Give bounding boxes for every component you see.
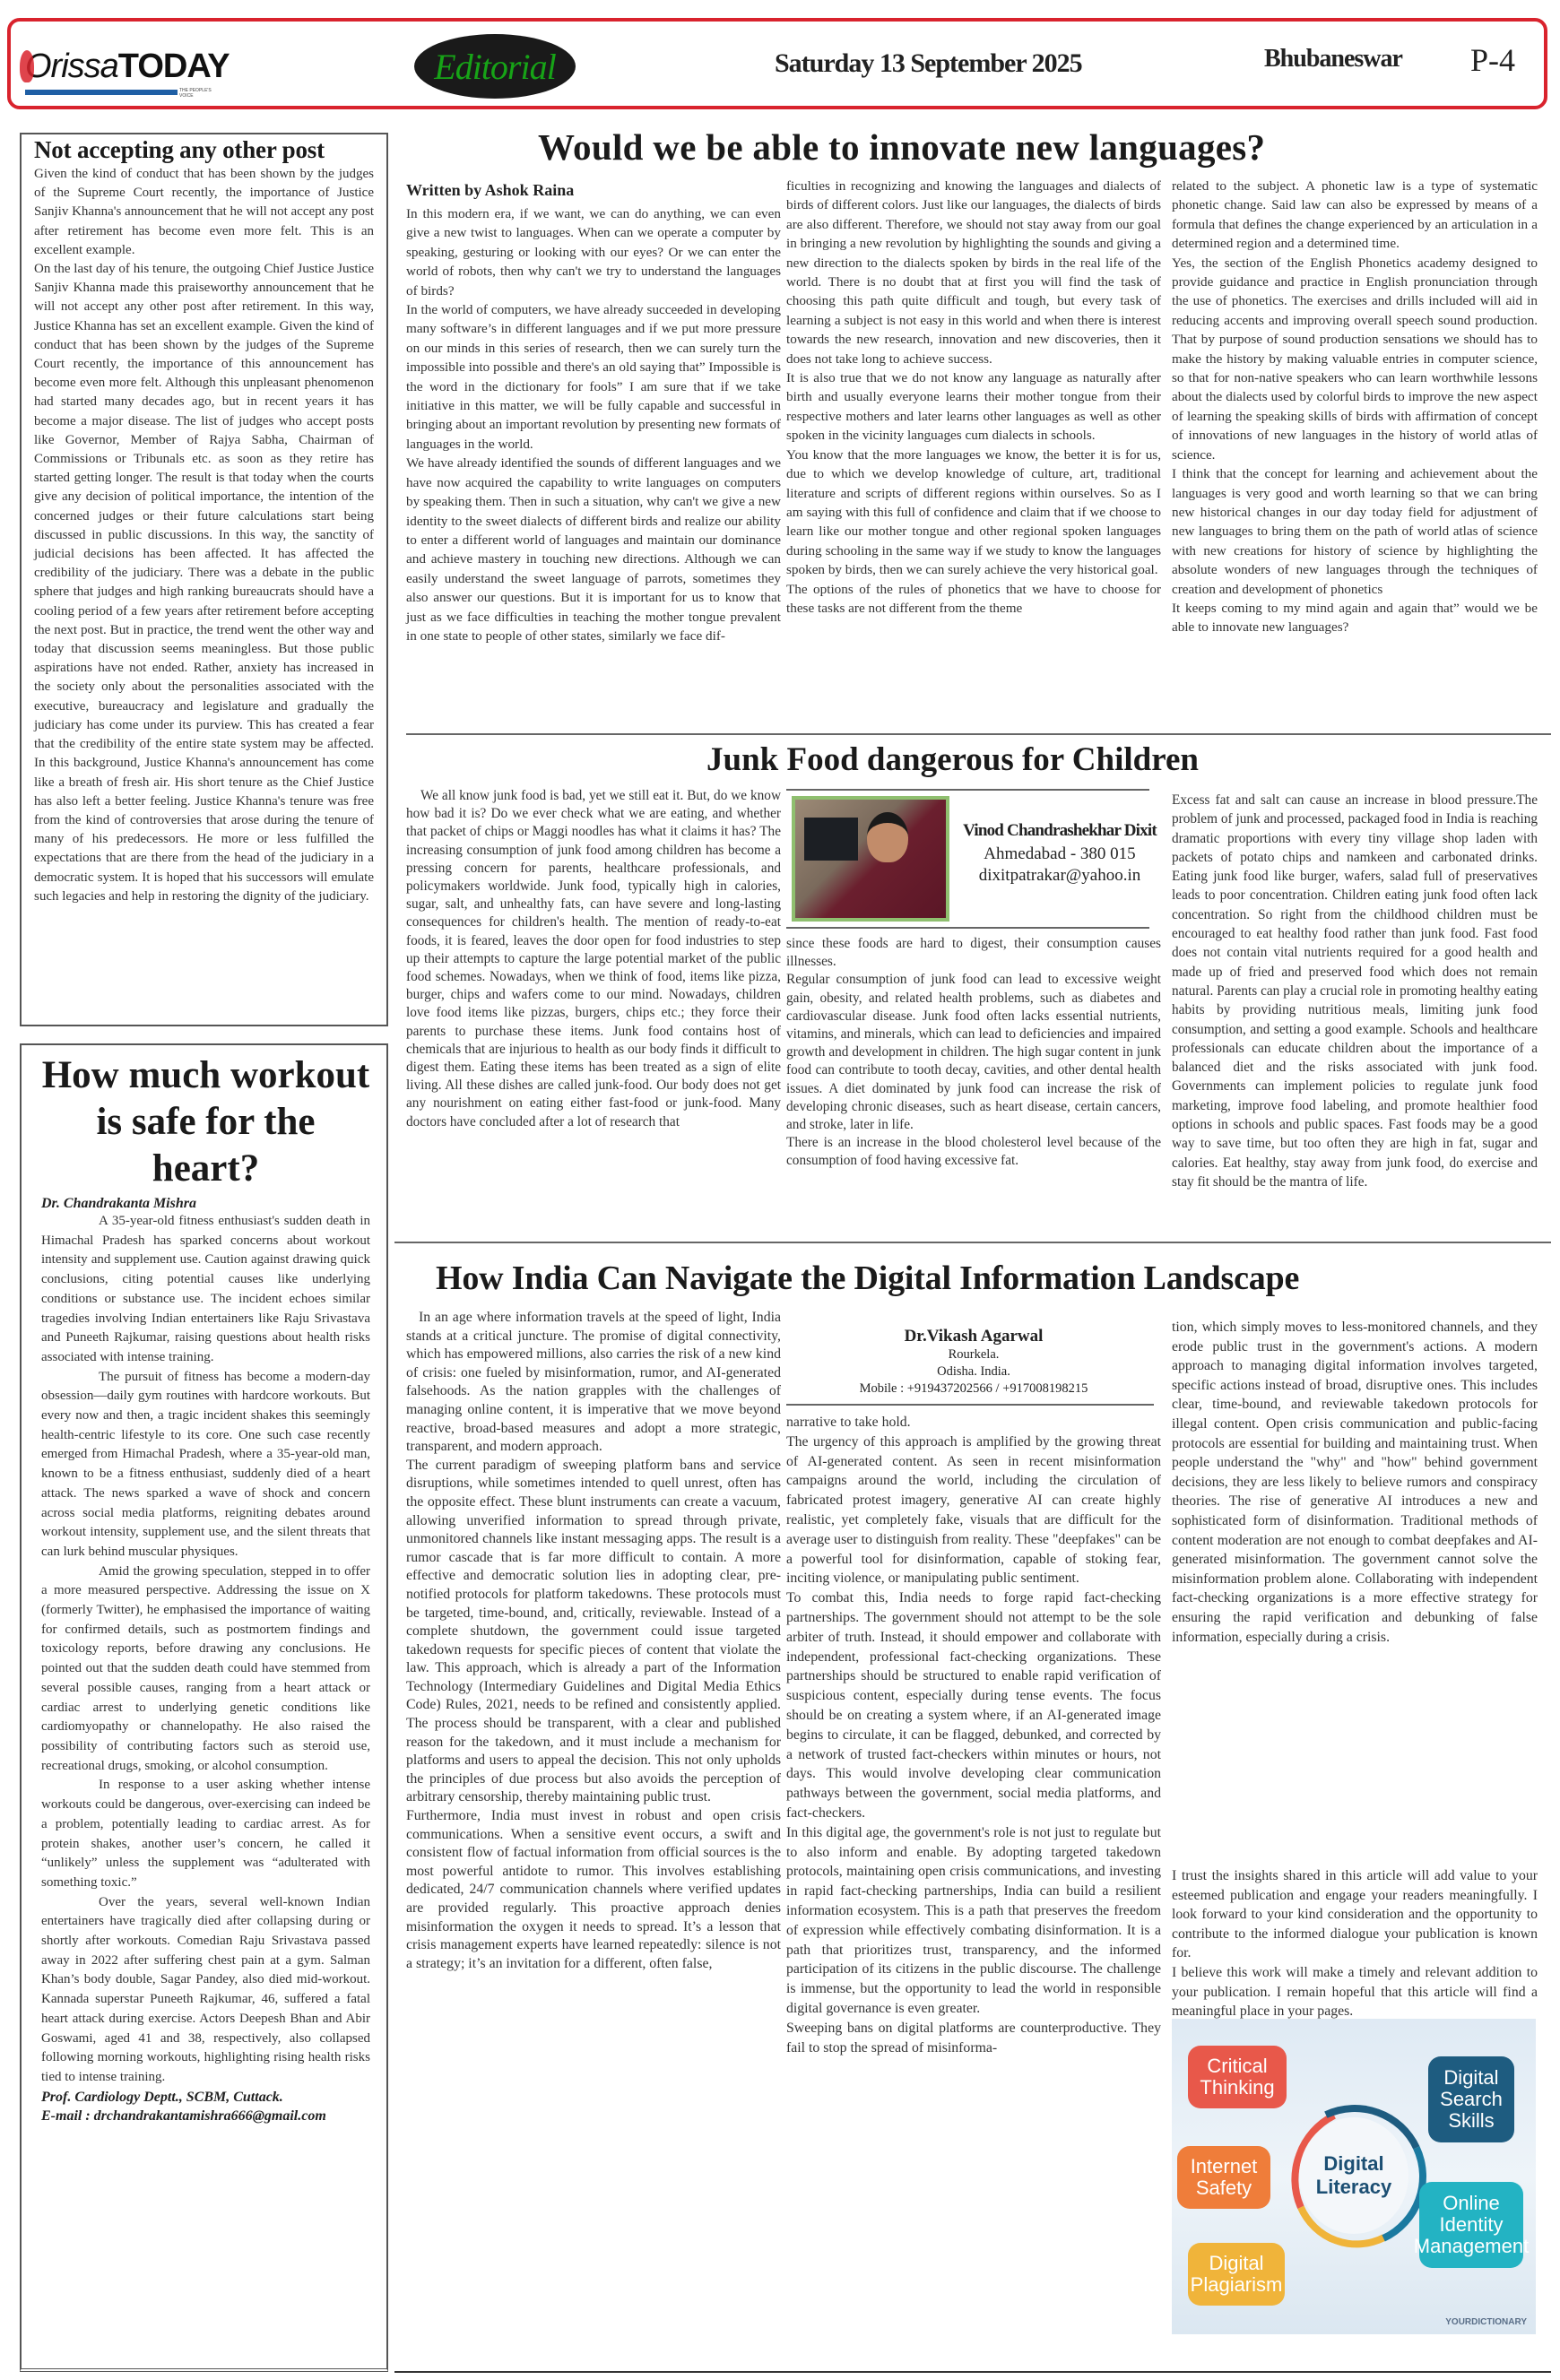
author-email[interactable]: E-mail : drchandrakantamishra666@gmail.c… xyxy=(41,2107,370,2125)
infographic-critical-thinking: Critical Thinking xyxy=(1188,2046,1287,2108)
paragraph: Regular consumption of junk food can lea… xyxy=(786,971,1161,1134)
paragraph: The urgency of this approach is amplifie… xyxy=(786,1432,1161,1588)
paragraph: In this modern era, if we want, we can d… xyxy=(406,204,781,300)
paragraph: I think that the concept for learning an… xyxy=(1172,464,1538,599)
paragraph: In response to a user asking whether int… xyxy=(41,1776,370,1892)
section-badge-label: Editorial xyxy=(434,46,555,88)
author-city: Ahmedabad - 380 015 xyxy=(961,844,1158,864)
paragraph: Furthermore, India must invest in robust… xyxy=(406,1807,781,1973)
paragraph: It is also true that we do not know any … xyxy=(786,368,1161,446)
masthead: OrissaTODAY THE PEOPLE'S VOICE Editorial… xyxy=(7,18,1547,109)
section-divider xyxy=(394,1242,1551,1243)
paragraph: We have already identified the sounds of… xyxy=(406,454,781,645)
author-card-top-rule xyxy=(786,789,1149,791)
paragraph: related to the subject. A phonetic law i… xyxy=(1172,177,1538,254)
paragraph: Sweeping bans on digital platforms are c… xyxy=(786,2019,1161,2058)
paragraph: Given the kind of conduct that has been … xyxy=(34,165,374,260)
infographic-digital-plagiarism: Digital Plagiarism xyxy=(1188,2243,1285,2306)
author-email[interactable]: dixitpatrakar@yahoo.in xyxy=(961,866,1158,886)
digital-column-3-closing: I trust the insights shared in this arti… xyxy=(1172,1866,1538,2021)
section-divider xyxy=(406,733,1551,735)
paragraph: The pursuit of fitness has become a mode… xyxy=(41,1368,370,1562)
paragraph: It keeps coming to my mind again and aga… xyxy=(1172,599,1538,637)
paragraph: The options of the rules of phonetics th… xyxy=(786,580,1161,619)
headline-junk-food: Junk Food dangerous for Children xyxy=(706,740,1199,779)
author-affiliation: Prof. Cardiology Deptt., SCBM, Cuttack. xyxy=(41,2088,370,2107)
author-city: Rourkela. xyxy=(786,1346,1161,1363)
author-name: Vinod Chandrashekhar Dixit xyxy=(961,821,1158,841)
paragraph: tion, which simply moves to less-monitor… xyxy=(1172,1318,1538,1647)
article-workout-heart: How much workout is safe for the heart? … xyxy=(20,1043,388,2372)
junk-column-2: since these foods are hard to digest, th… xyxy=(786,935,1161,1171)
byline-languages: Written by Ashok Raina xyxy=(406,181,574,200)
edition-city: Bhubaneswar xyxy=(1264,45,1402,74)
paragraph: since these foods are hard to digest, th… xyxy=(786,935,1161,971)
paragraph: To combat this, India needs to forge rap… xyxy=(786,1588,1161,1823)
article-title: Not accepting any other post xyxy=(34,136,374,163)
digital-literacy-infographic: Digital Literacy Critical Thinking Inter… xyxy=(1172,2019,1536,2334)
paragraph: A 35-year-old fitness enthusiast's sudde… xyxy=(41,1212,370,1368)
paragraph: I believe this work will make a timely a… xyxy=(1172,1963,1538,2021)
infographic-search-skills: Digital Search Skills xyxy=(1428,2056,1514,2142)
author-card: Vinod Chandrashekhar Dixit Ahmedabad - 3… xyxy=(786,789,1161,928)
paragraph: The current paradigm of sweeping platfor… xyxy=(406,1457,781,1807)
page-bottom-rule xyxy=(394,2371,1551,2373)
paragraph: In this digital age, the government's ro… xyxy=(786,1823,1161,2019)
paragraph: Yes, the section of the English Phonetic… xyxy=(1172,254,1538,464)
junk-column-3: Excess fat and salt can cause an increas… xyxy=(1172,791,1538,1191)
author-divider xyxy=(786,1404,1154,1406)
issue-date: Saturday 13 September 2025 xyxy=(775,48,1082,79)
photo-monitor xyxy=(804,818,858,861)
paragraph: ficulties in recognizing and knowing the… xyxy=(786,177,1161,368)
paragraph: In an age where information travels at t… xyxy=(406,1309,781,1457)
article-body: Given the kind of conduct that has been … xyxy=(34,165,374,906)
paragraph: Excess fat and salt can cause an increas… xyxy=(1172,791,1538,1191)
article-body: A 35-year-old fitness enthusiast's sudde… xyxy=(41,1212,370,2088)
paragraph: In the world of computers, we have alrea… xyxy=(406,300,781,454)
infographic-center: Digital Literacy xyxy=(1299,2117,1408,2234)
languages-column-1: In this modern era, if we want, we can d… xyxy=(406,204,781,645)
headline-digital: How India Can Navigate the Digital Infor… xyxy=(436,1259,1299,1298)
article-not-accepting-post: Not accepting any other post Given the k… xyxy=(20,133,388,1026)
paragraph: I trust the insights shared in this arti… xyxy=(1172,1866,1538,1963)
logo-flower-icon xyxy=(20,50,34,82)
paragraph: On the last day of his tenure, the outgo… xyxy=(34,260,374,906)
logo-today: TODAY xyxy=(118,48,230,85)
logo-wordmark: OrissaTODAY xyxy=(25,48,213,84)
digital-column-3: tion, which simply moves to less-monitor… xyxy=(1172,1318,1538,1647)
newspaper-logo[interactable]: OrissaTODAY THE PEOPLE'S VOICE xyxy=(25,48,213,102)
article-byline: Dr. Chandrakanta Mishra xyxy=(41,1196,370,1212)
logo-tagline: THE PEOPLE'S VOICE xyxy=(179,88,213,99)
infographic-online-identity: Online Identity Management xyxy=(1419,2182,1523,2268)
logo-underline xyxy=(25,90,178,95)
digital-column-1: In an age where information travels at t… xyxy=(406,1309,781,1973)
digital-author-block: Dr.Vikash Agarwal Rourkela. Odisha. Indi… xyxy=(786,1327,1161,1398)
paragraph: narrative to take hold. xyxy=(786,1413,1161,1432)
photo-person xyxy=(867,812,908,862)
paragraph: There is an increase in the blood choles… xyxy=(786,1134,1161,1170)
languages-column-2: ficulties in recognizing and knowing the… xyxy=(786,177,1161,618)
page-number: P-4 xyxy=(1470,41,1515,79)
digital-column-2: narrative to take hold. The urgency of t… xyxy=(786,1413,1161,2057)
logo-orissa: Orissa xyxy=(25,48,118,85)
author-state: Odisha. India. xyxy=(786,1363,1161,1380)
section-badge: Editorial xyxy=(414,34,576,99)
paragraph: We all know junk food is bad, yet we sti… xyxy=(406,787,781,1131)
author-photo xyxy=(792,796,949,922)
paragraph: Over the years, several well-known India… xyxy=(41,1893,370,2088)
infographic-brand: YOURDICTIONARY xyxy=(1445,2317,1527,2327)
paragraph: Amid the growing speculation, stepped in… xyxy=(41,1562,370,1777)
article-title: How much workout is safe for the heart? xyxy=(41,1052,370,1192)
author-mobile[interactable]: Mobile : +919437202566 / +917008198215 xyxy=(786,1380,1161,1398)
author-card-bottom-rule xyxy=(786,927,1149,929)
infographic-internet-safety: Internet Safety xyxy=(1177,2146,1270,2209)
author-name: Dr.Vikash Agarwal xyxy=(786,1327,1161,1346)
junk-column-1: We all know junk food is bad, yet we sti… xyxy=(406,787,781,1131)
headline-languages: Would we be able to innovate new languag… xyxy=(538,125,1265,169)
languages-column-3: related to the subject. A phonetic law i… xyxy=(1172,177,1538,637)
paragraph: You know that the more languages we know… xyxy=(786,446,1161,580)
